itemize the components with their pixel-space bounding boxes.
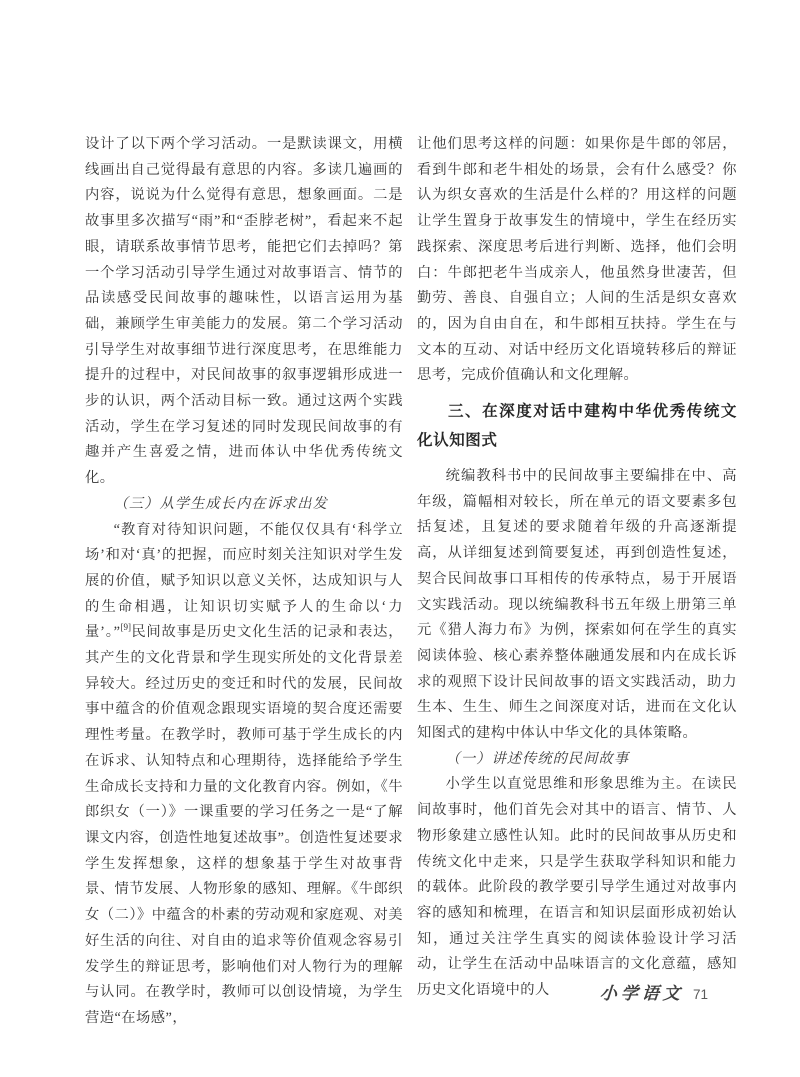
subsection-heading-three: （三）从学生成长内在诉求出发 xyxy=(85,492,403,518)
section-heading-deep-dialogue: 三、在深度对话中建构中华优秀传统文化认知图式 xyxy=(417,397,737,455)
subsection-heading-one: （一）讲述传统的民间故事 xyxy=(417,747,737,773)
paragraph-learning-activities: 设计了以下两个学习活动。一是默读课文，用横线画出自己觉得最有意思的内容。多读几遍… xyxy=(85,132,403,492)
citation-ref-9: [9] xyxy=(120,623,131,633)
right-column: 让他们思考这样的问题：如果你是牛郎的邻居，看到牛郎和老牛相处的场景，会有什么感受… xyxy=(417,132,737,1004)
paragraph-intuitive-thinking: 小学生以直觉思维和形象思维为主。在读民间故事时，他们首先会对其中的语言、情节、人… xyxy=(417,772,737,1003)
page-number: 71 xyxy=(693,987,708,1002)
journal-article-page: 设计了以下两个学习活动。一是默读课文，用横线画出自己觉得最有意思的内容。多读几遍… xyxy=(0,0,800,1077)
journal-name: 小学语文 xyxy=(599,979,685,1004)
paragraph-cowherd-questions: 让他们思考这样的问题：如果你是牛郎的邻居，看到牛郎和老牛相处的场景，会有什么感受… xyxy=(417,132,737,389)
quote-text: “教育对待知识问题，不能仅仅具有‘科学立场’和对‘真’的把握，而应时刻关注知识对… xyxy=(85,522,403,641)
paragraph-inner-needs: “教育对待知识问题，不能仅仅具有‘科学立场’和对‘真’的把握，而应时刻关注知识对… xyxy=(85,518,403,1032)
page-footer: 小学语文 71 xyxy=(600,979,740,1004)
paragraph-textbook-folktales: 统编教科书中的民间故事主要编排在中、高年级，篇幅相对较长，所在单元的语文要素多包… xyxy=(417,464,737,747)
left-column: 设计了以下两个学习活动。一是默读课文，用横线画出自己觉得最有意思的内容。多读几遍… xyxy=(85,132,403,1032)
paragraph-continuation-text: 民间故事是历史文化生活的记录和表达，其产生的文化背景和学生现实所处的文化背景差异… xyxy=(85,624,403,1026)
